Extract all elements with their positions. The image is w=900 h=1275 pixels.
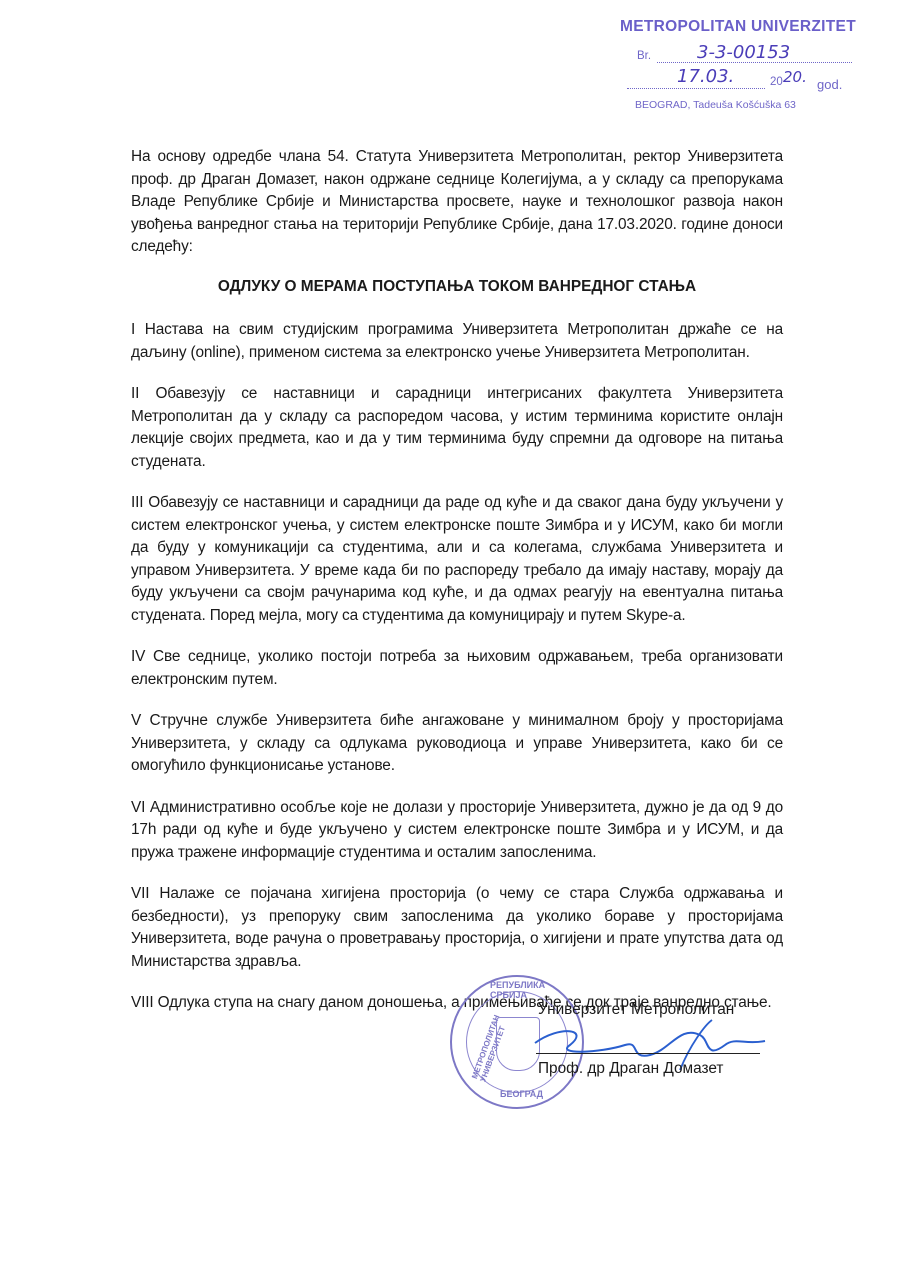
stamp-address: BEOGRAD, Tadeuša Košćuška 63 — [635, 99, 796, 111]
stamp-number-value: 3-3-00153 — [697, 42, 790, 63]
stamp-date-value: 17.03. — [677, 66, 734, 87]
decision-item-1: I Настава на свим студијским програмима … — [131, 319, 783, 364]
stamp-organization: METROPOLITAN UNIVERZITET — [620, 18, 856, 36]
signatory-name: Проф. др Драган Домазет — [538, 1060, 723, 1078]
decision-item-4: IV Све седнице, уколико постоји потреба … — [131, 646, 783, 691]
document-title: ОДЛУКУ О МЕРАМА ПОСТУПАЊА ТОКОМ ВАНРЕДНО… — [131, 276, 783, 299]
signature-line — [536, 1053, 760, 1054]
stamp-number-label: Br. — [637, 50, 651, 62]
stamp-year-prefix: 20 — [770, 76, 783, 88]
decision-item-6: VI Административно особље које не долази… — [131, 797, 783, 865]
stamp-year-suffix: 20. — [783, 68, 807, 86]
decision-item-2: II Обавезују се наставници и сарадници и… — [131, 383, 783, 473]
decision-item-5: V Стручне службе Универзитета биће ангаж… — [131, 710, 783, 778]
signature-block: РЕПУБЛИКА СРБИЈА МЕТРОПОЛИТАН УНИВЕРЗИТЕ… — [450, 965, 770, 1125]
stamp-number-row: Br. 3-3-00153 — [637, 50, 867, 62]
stamp-year-label: god. — [817, 77, 842, 92]
decision-item-3: III Обавезују се наставници и сарадници … — [131, 492, 783, 627]
registry-stamp: METROPOLITAN UNIVERZITET Br. 3-3-00153 1… — [592, 14, 892, 114]
seal-bottom-text: БЕОГРАД — [500, 1089, 543, 1099]
stamp-date-dotted-line — [627, 88, 765, 89]
decision-item-7: VII Налаже се појачана хигијена простори… — [131, 883, 783, 973]
decision-document: На основу одредбе члана 54. Статута Унив… — [131, 146, 783, 1034]
document-intro: На основу одредбе члана 54. Статута Унив… — [131, 146, 783, 259]
